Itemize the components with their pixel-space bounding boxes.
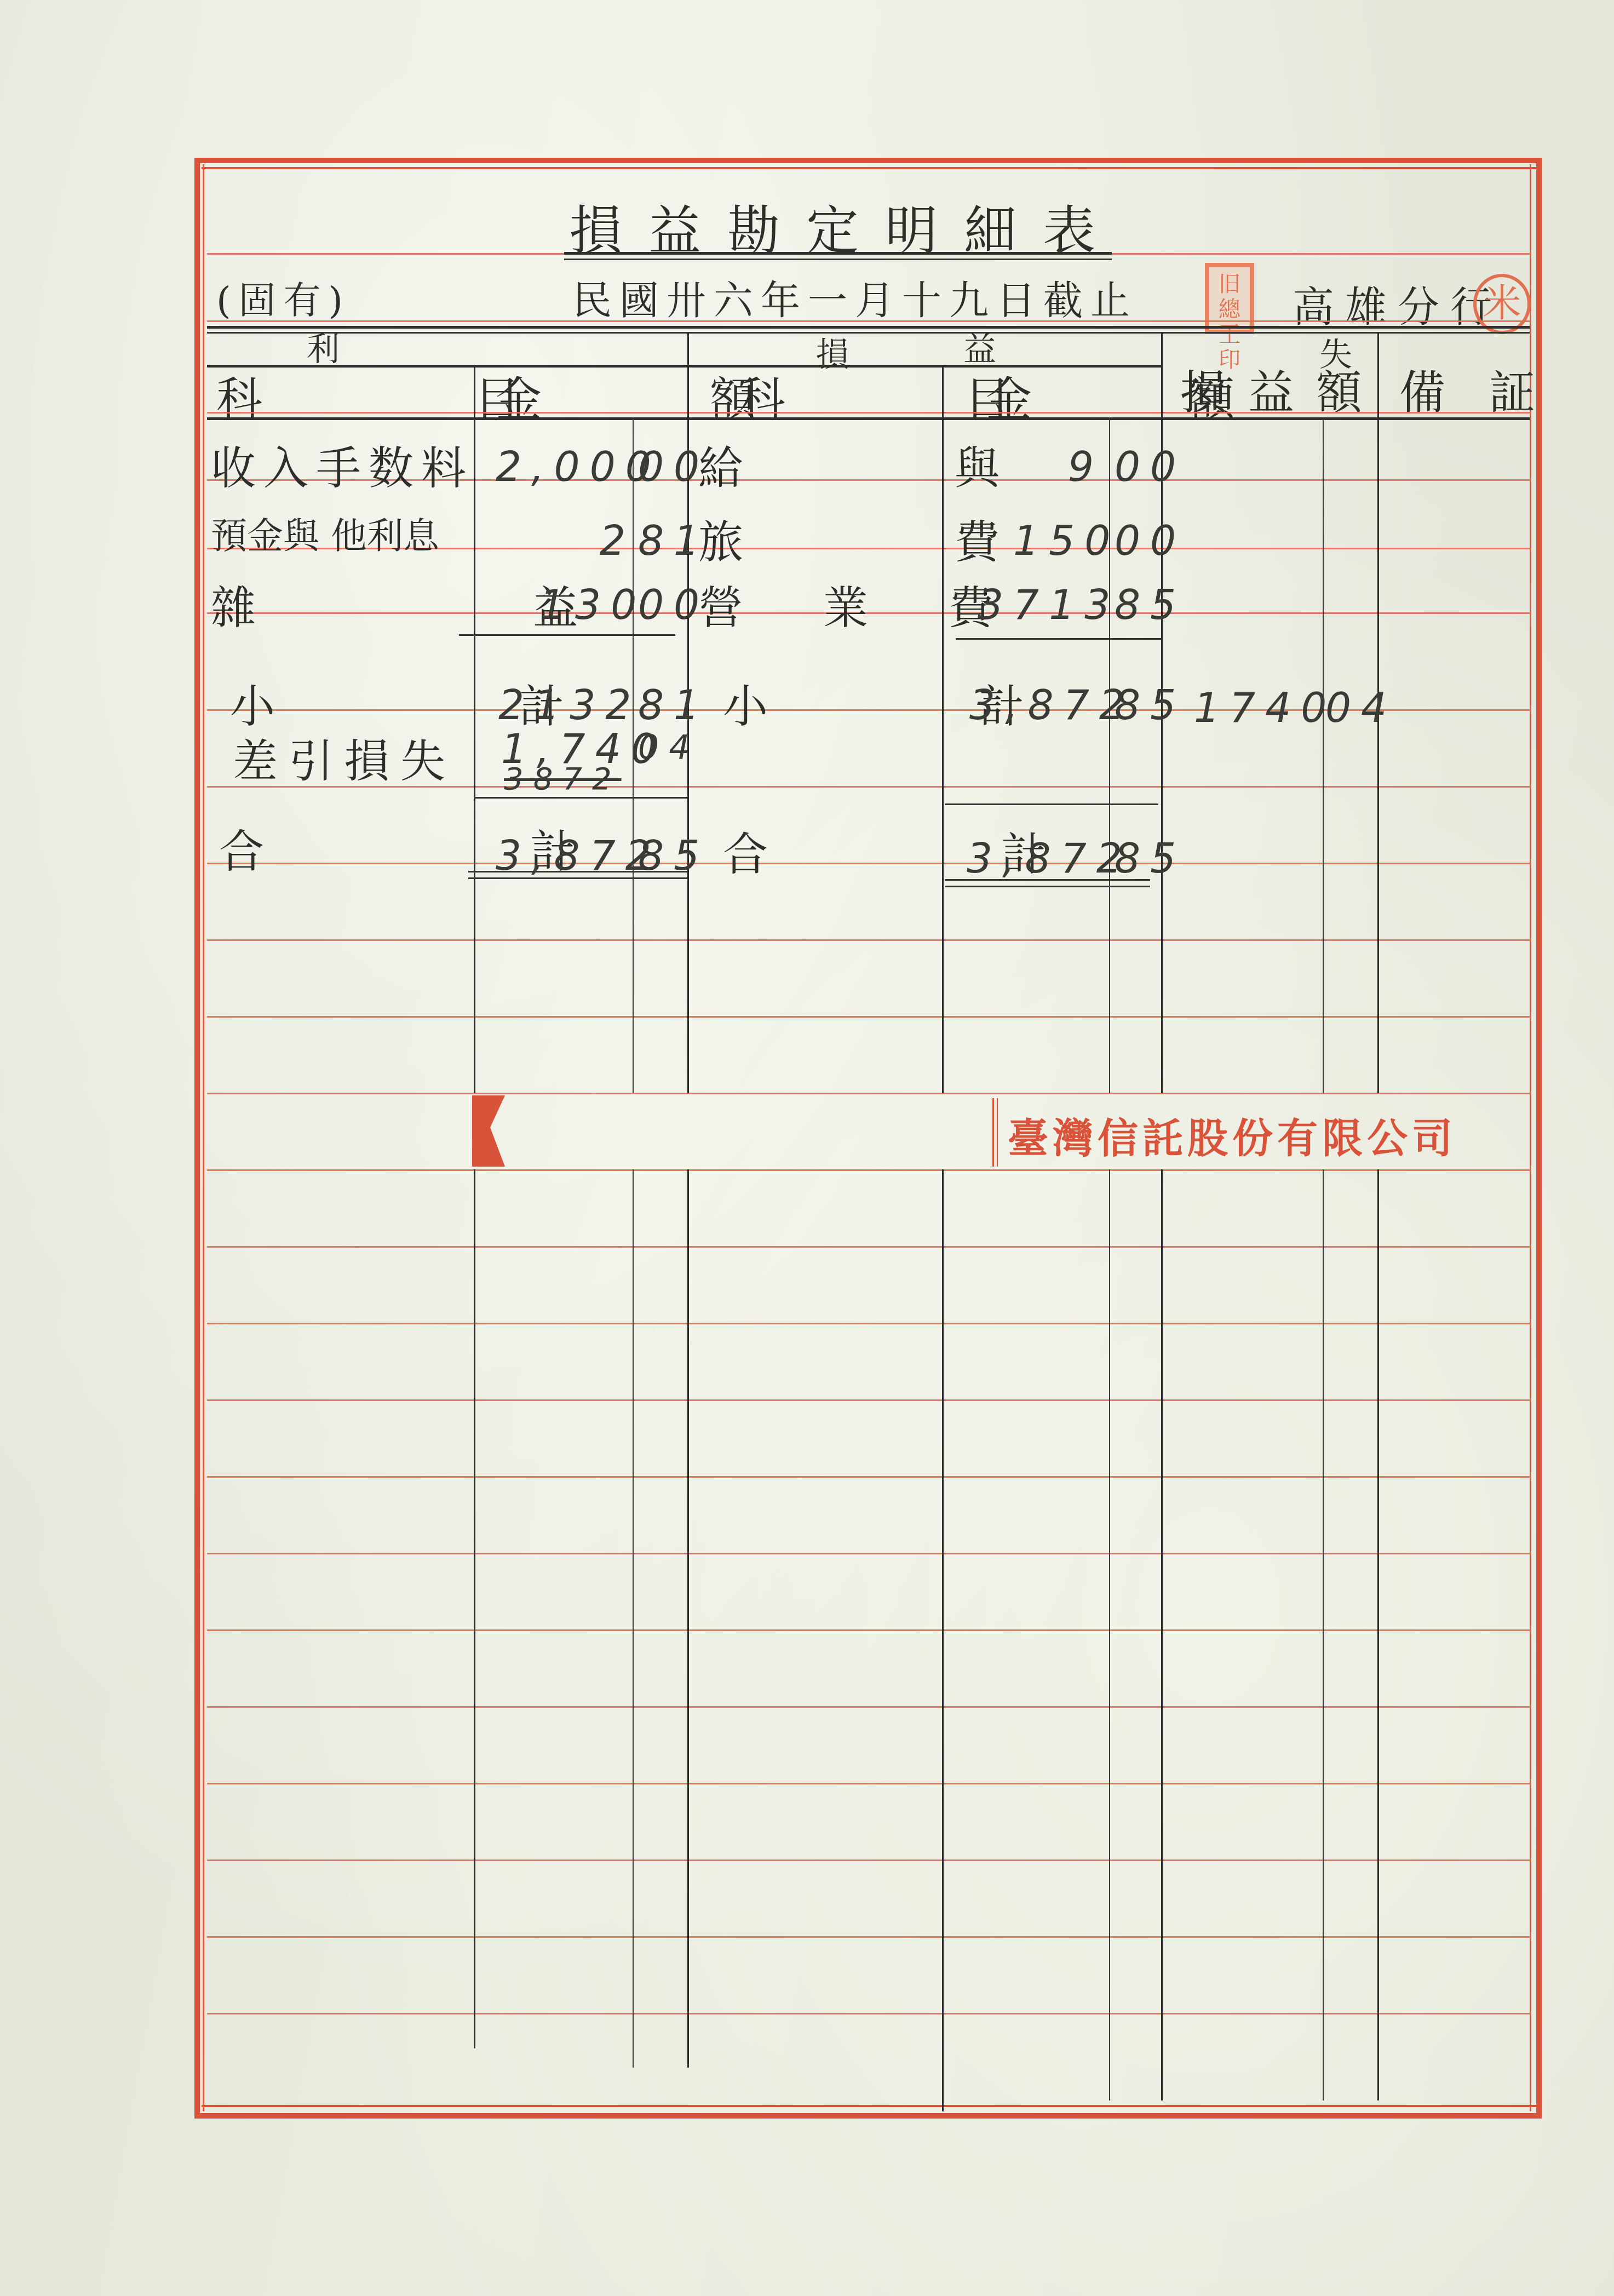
rule-banner-top <box>207 1093 1530 1094</box>
col-line <box>1161 1169 1163 2100</box>
loss-cents: 00 <box>1115 518 1186 565</box>
col-line-cents <box>1323 417 1324 1093</box>
loss-cents: 85 <box>1115 682 1186 729</box>
profit-amount: 2 <box>600 518 635 565</box>
col-line <box>942 1169 944 2111</box>
frame-right-thick <box>1536 158 1542 2119</box>
net-amount: 1740 <box>1194 685 1336 732</box>
total-double-underline <box>468 871 687 873</box>
banner-company-name: 臺灣信託股份有限公司 <box>1008 1106 1457 1164</box>
loss-item: 給 與 <box>698 433 1098 497</box>
rule-header-top <box>207 320 1530 322</box>
profit-cents: 85 <box>638 833 709 880</box>
frame-bottom-thin <box>202 2105 1538 2107</box>
frame-left-thick <box>194 158 200 2119</box>
rule <box>207 1553 1530 1554</box>
loss-cents: 85 <box>1115 582 1186 629</box>
banner-divider <box>992 1098 994 1167</box>
frame-bottom-thick <box>196 2113 1542 2119</box>
rule <box>207 2013 1530 2014</box>
rule <box>207 1629 1530 1631</box>
header-bottom-line <box>207 417 1530 420</box>
rule <box>207 1476 1530 1478</box>
profit-amount: 2,000 <box>496 444 661 491</box>
loss-item: 營 業 費 <box>698 572 1026 636</box>
profit-amount: 3,872 <box>496 833 661 880</box>
profit-item: 收入手数料 <box>211 433 474 497</box>
col-line-cents <box>633 1169 634 2068</box>
date-line: 民國卅六年一月十九日截止 <box>572 268 1138 325</box>
col-line <box>687 1169 689 2068</box>
rule <box>207 1016 1530 1018</box>
profit-amount: 130 <box>539 582 646 629</box>
loss-amount: 3,872 <box>967 835 1132 882</box>
rule <box>207 1936 1530 1938</box>
frame-top-thin <box>202 167 1538 169</box>
sum-underline <box>956 638 1161 640</box>
round-seal: 米 <box>1473 274 1531 334</box>
rule-header-bottom <box>207 412 1530 414</box>
rule-banner-bottom <box>207 1169 1530 1171</box>
rule <box>207 1706 1530 1708</box>
sum-underline <box>459 634 675 636</box>
banner-flag-icon <box>472 1095 505 1167</box>
total-double-underline <box>945 879 1150 881</box>
total-double-underline <box>945 886 1150 887</box>
profit-amount: 2132 <box>498 682 641 729</box>
struck-amount: 3872 <box>504 761 622 797</box>
rule <box>207 1859 1530 1861</box>
col-line <box>1377 1169 1379 2100</box>
frame-right-thin <box>1530 164 1531 2111</box>
profit-cents: 04 <box>638 728 699 767</box>
title-underline-2 <box>564 259 1112 260</box>
net-cents: 04 <box>1325 685 1397 732</box>
loss-amount: 3713 <box>978 582 1120 629</box>
rule <box>207 1246 1530 1248</box>
rule <box>207 1323 1530 1324</box>
rule <box>207 939 1530 941</box>
branch-name: 高雄分行 <box>1293 274 1503 334</box>
col-line-cents <box>1323 1169 1324 2100</box>
loss-amount: 3,872 <box>969 682 1135 729</box>
frame-top-thick <box>196 158 1542 163</box>
rule <box>207 1399 1530 1401</box>
col-line <box>474 1169 475 2048</box>
loss-cents: 85 <box>1115 835 1186 882</box>
sum-underline <box>945 803 1158 805</box>
frame-left-thin <box>203 164 204 2111</box>
left-note: (固有) <box>216 271 351 324</box>
loss-amount: 150 <box>1013 518 1120 565</box>
profit-item: 預金與 他利息 <box>211 507 439 559</box>
loss-cents: 00 <box>1115 444 1186 491</box>
banner-divider <box>997 1098 998 1167</box>
profit-item: 差引損失 <box>233 726 456 790</box>
col-line-cents <box>1109 1169 1110 2100</box>
title-underline <box>564 252 1112 255</box>
total-double-underline <box>468 877 687 879</box>
sum-underline <box>474 797 687 799</box>
loss-amount: 9 <box>1068 444 1104 491</box>
profit-cents: 81 <box>638 682 709 729</box>
rule <box>207 1783 1530 1784</box>
